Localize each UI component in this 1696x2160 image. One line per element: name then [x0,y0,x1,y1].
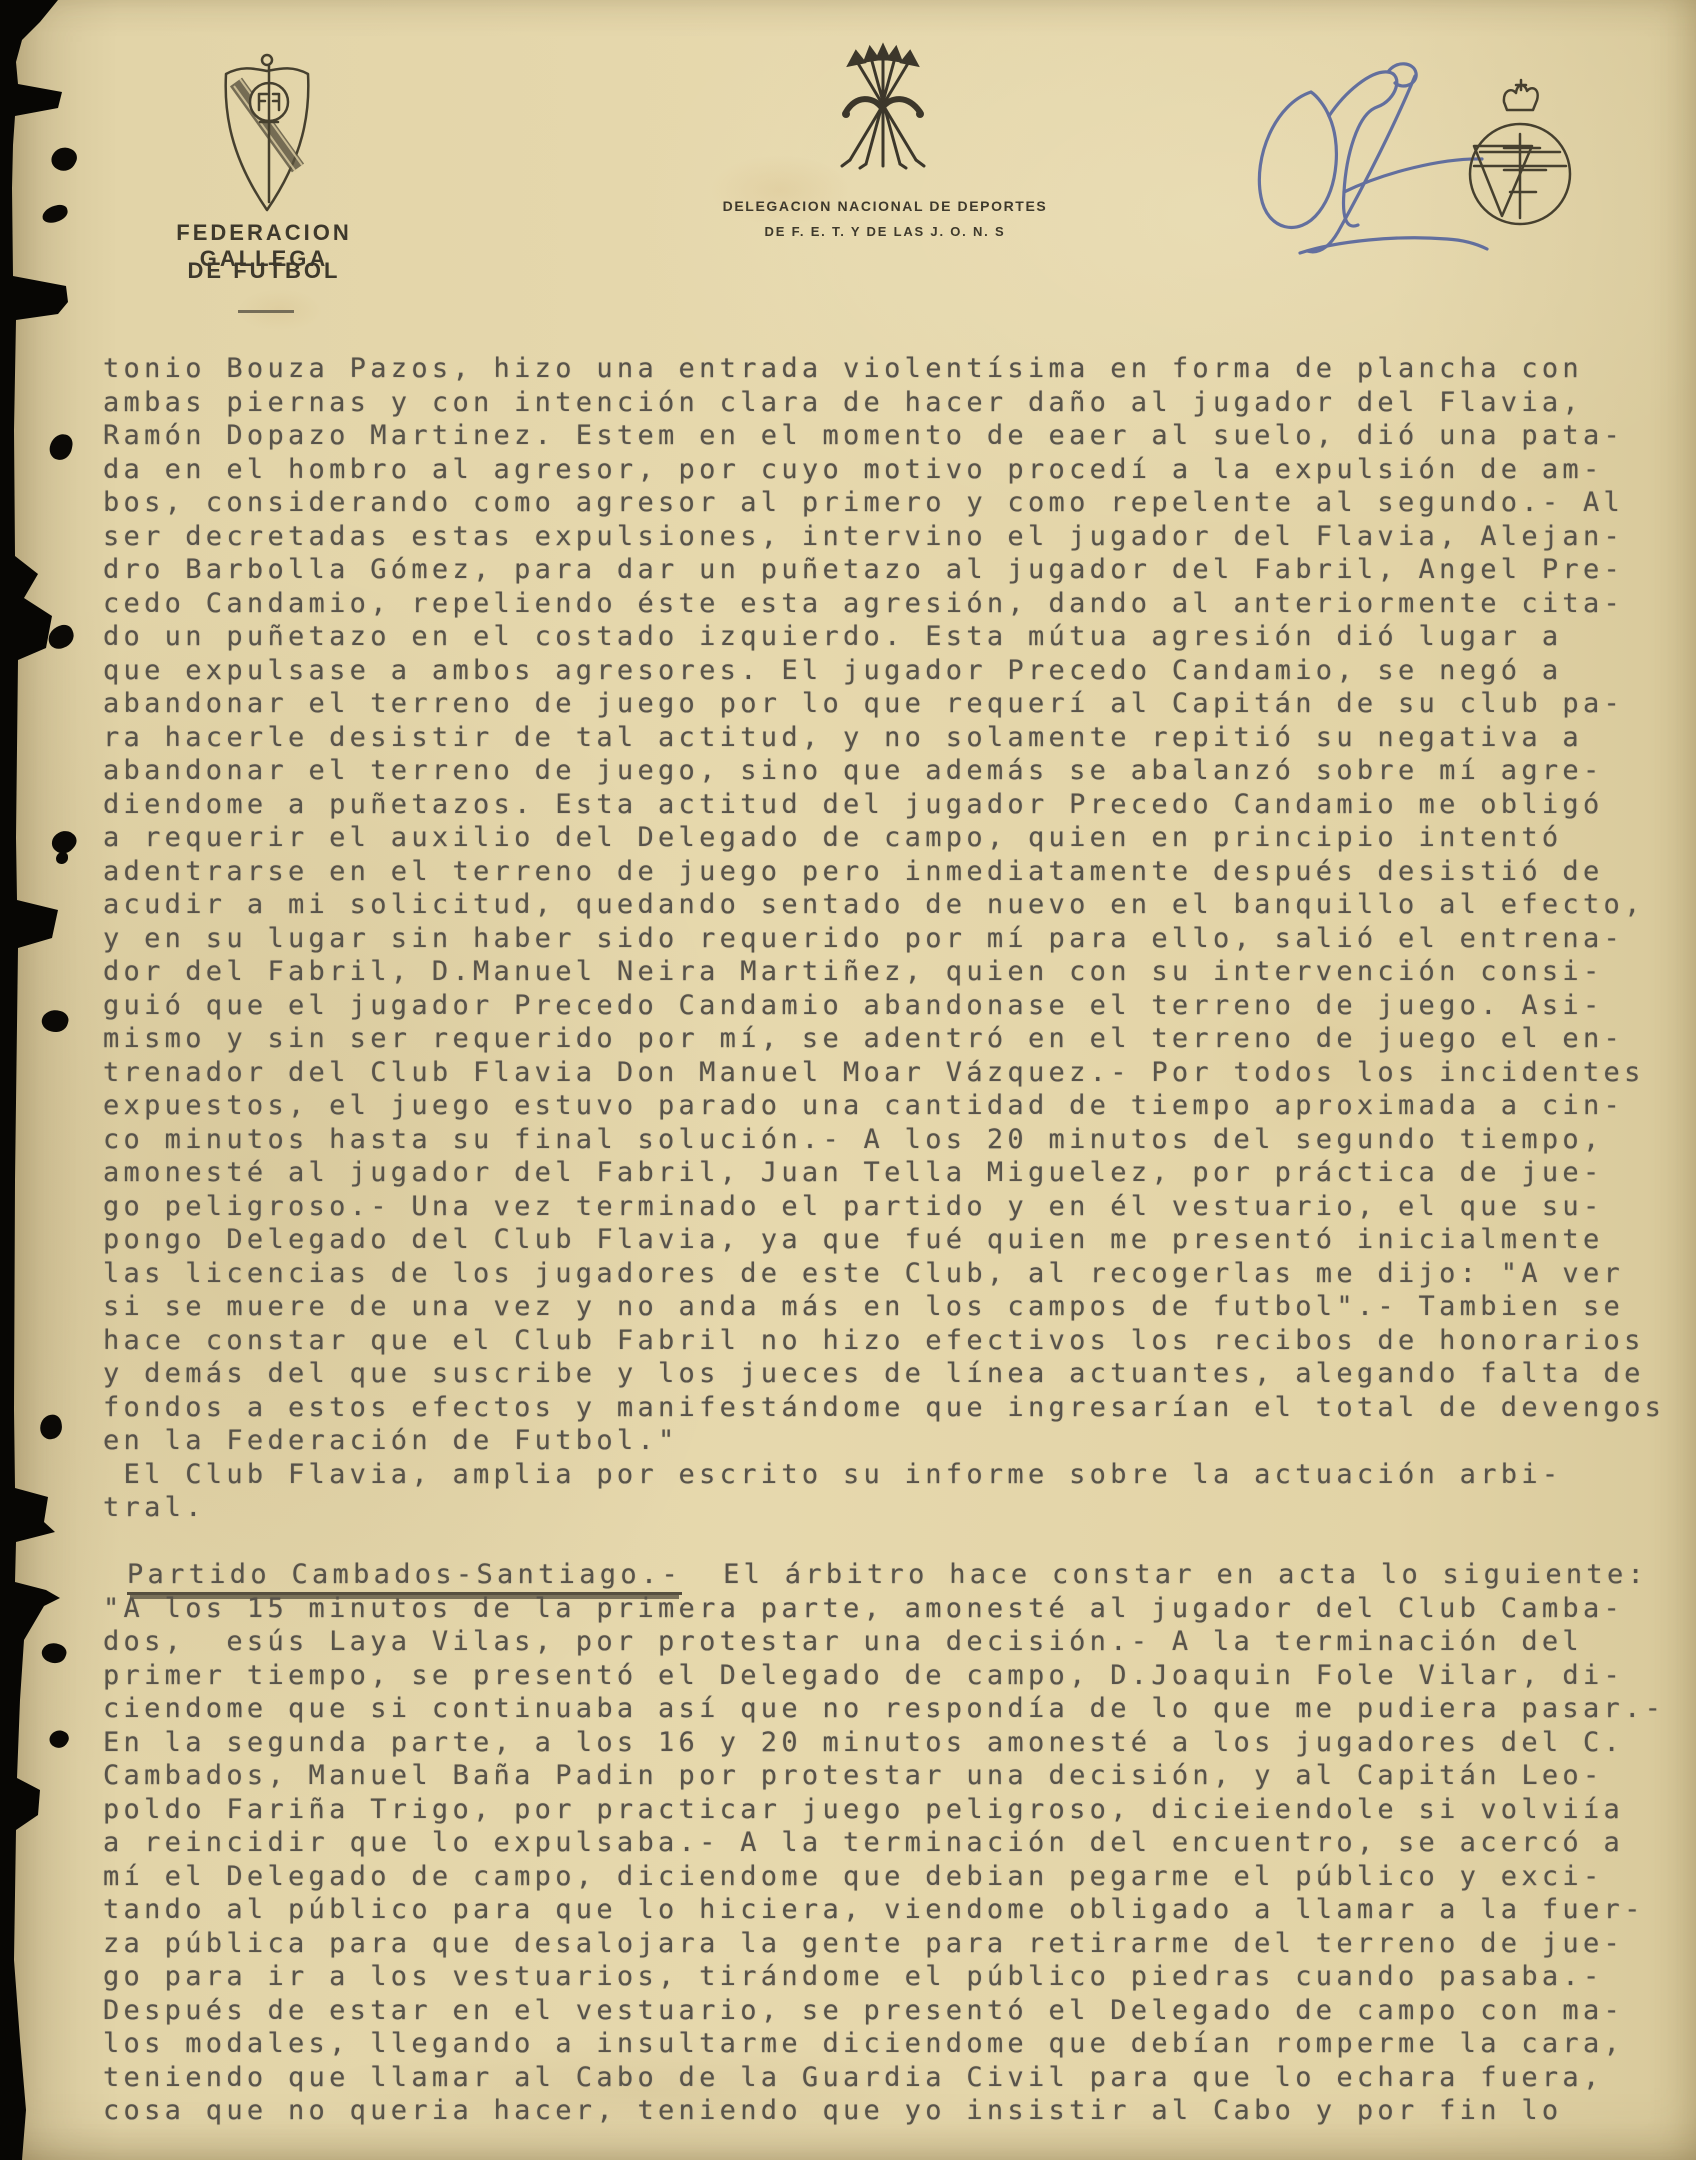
typed-line: y en su lugar sin haber sido requerido p… [103,922,1665,956]
typed-line: en la Federación de Futbol." [103,1424,1665,1458]
typed-paragraph-cambados: Partido Cambados-Santiago.- El árbitro h… [103,1558,1665,2128]
typed-line: do un puñetazo en el costado izquierdo. … [103,620,1665,654]
typed-line: primer tiempo, se presentó el Delegado d… [103,1659,1665,1693]
heading-rest: El árbitro hace constar en acta lo sigui… [682,1559,1648,1590]
match-title-underlined: Partido Cambados-Santiago.- [127,1559,682,1595]
typed-line: El Club Flavia, amplia por escrito su in… [103,1458,1665,1492]
typed-line: cosa que no queria hacer, teniendo que y… [103,2094,1665,2128]
typed-line: abandonar el terreno de juego por lo que… [103,687,1665,721]
typed-line: ambas piernas y con intención clara de h… [103,386,1665,420]
org-name-federation-line2: DE FUTBOL [108,258,420,284]
typed-line: mismo y sin ser requerido por mí, se ade… [103,1022,1665,1056]
typed-line: a reincidir que lo expulsaba.- A la term… [103,1826,1665,1860]
typed-line: si se muere de una vez y no anda más en … [103,1290,1665,1324]
typed-line: ra hacerle desistir de tal actitud, y no… [103,721,1665,755]
typed-line: los modales, llegando a insultarme dicie… [103,2027,1665,2061]
typed-line: tonio Bouza Pazos, hizo una entrada viol… [103,352,1665,386]
typed-line: y demás del que suscribe y los jueces de… [103,1357,1665,1391]
fgf-shield-icon [212,50,322,220]
org-name-delegation-line2: DE F. E. T. Y DE LAS J. O. N. S [640,224,1130,239]
typed-line: adentrarse en el terreno de juego pero i… [103,855,1665,889]
typed-line: go peligroso.- Una vez terminado el part… [103,1190,1665,1224]
typed-line: go para ir a los vestuarios, tirándome e… [103,1960,1665,1994]
typed-line: En la segunda parte, a los 16 y 20 minut… [103,1726,1665,1760]
typed-line: ciendome que si continuaba así que no re… [103,1692,1665,1726]
typed-paragraph-report: tonio Bouza Pazos, hizo una entrada viol… [103,352,1665,1525]
typed-line: "A los 15 minutos de la primera parte, a… [103,1592,1665,1626]
typed-line: que expulsase a ambos agresores. El juga… [103,654,1665,688]
typed-line: mí el Delegado de campo, diciendome que … [103,1860,1665,1894]
typed-line: co minutos hasta su final solución.- A l… [103,1123,1665,1157]
typed-line: trenador del Club Flavia Don Manuel Moar… [103,1056,1665,1090]
scanned-document-page: FEDERACION GALLEGA DE FUTBOL DELEGACION … [0,0,1696,2160]
typed-line: cedo Candamio, repeliendo éste esta agre… [103,587,1665,621]
typed-line: acudir a mi solicitud, quedando sentado … [103,888,1665,922]
rfef-crowned-crest-icon [1460,78,1580,238]
typed-line: tral. [103,1491,1665,1525]
decorative-dash [238,310,294,313]
typed-line: amonesté al jugador del Fabril, Juan Tel… [103,1156,1665,1190]
typed-line: pongo Delegado del Club Flavia, ya que f… [103,1223,1665,1257]
typed-line: abandonar el terreno de juego, sino que … [103,754,1665,788]
typed-line: poldo Fariña Trigo, por practicar juego … [103,1793,1665,1827]
typed-line: diendome a puñetazos. Esta actitud del j… [103,788,1665,822]
typed-line: tando al público para que lo hiciera, vi… [103,1893,1665,1927]
org-name-delegation: DELEGACION NACIONAL DE DEPORTES [640,198,1130,214]
typed-line: dro Barbolla Gómez, para dar un puñetazo… [103,553,1665,587]
typed-line: Cambados, Manuel Baña Padin por protesta… [103,1759,1665,1793]
falange-yoke-and-arrows-icon [838,50,928,168]
typed-line: dor del Fabril, D.Manuel Neira Martiñez,… [103,955,1665,989]
typed-line: Ramón Dopazo Martinez. Estem en el momen… [103,419,1665,453]
typed-line: expuestos, el juego estuvo parado una ca… [103,1089,1665,1123]
typed-line: ser decretadas estas expulsiones, interv… [103,520,1665,554]
typed-line: a requerir el auxilio del Delegado de ca… [103,821,1665,855]
typed-line: fondos a estos efectos y manifestándome … [103,1391,1665,1425]
typed-line: za pública para que desalojara la gente … [103,1927,1665,1961]
typed-line: guió que el jugador Precedo Candamio aba… [103,989,1665,1023]
section-heading: Partido Cambados-Santiago.- El árbitro h… [103,1558,1665,1592]
typed-line: da en el hombro al agresor, por cuyo mot… [103,453,1665,487]
typed-lines-container: "A los 15 minutos de la primera parte, a… [103,1592,1665,2128]
typed-line: bos, considerando como agresor al primer… [103,486,1665,520]
typed-line: hace constar que el Club Fabril no hizo … [103,1324,1665,1358]
typed-line: las licencias de los jugadores de este C… [103,1257,1665,1291]
typed-line: dos, esús Laya Vilas, por protestar una … [103,1625,1665,1659]
typed-line: teniendo que llamar al Cabo de la Guardi… [103,2061,1665,2095]
typed-line: Después de estar en el vestuario, se pre… [103,1994,1665,2028]
